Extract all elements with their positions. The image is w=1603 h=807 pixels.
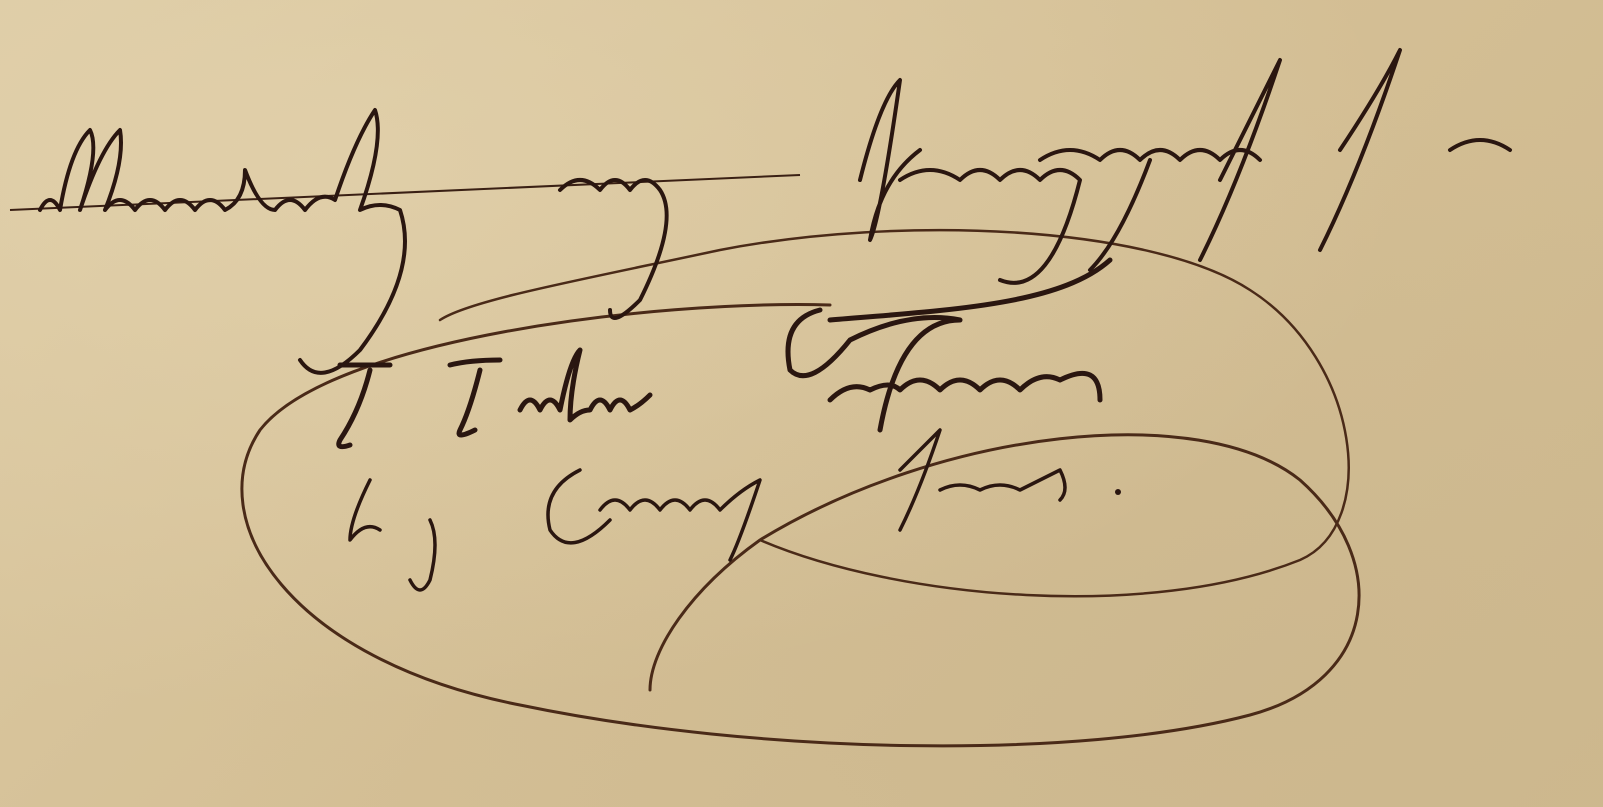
signature-name-handwriting [339, 260, 1110, 447]
signature-ink-drawing [0, 0, 1603, 807]
line3-handwriting [350, 430, 1065, 590]
oval-flourish [242, 305, 1359, 746]
aged-paper-background: allerunterthänigst gehorsamster J. Juliu… [0, 0, 1603, 807]
ink-dot [1115, 489, 1121, 495]
